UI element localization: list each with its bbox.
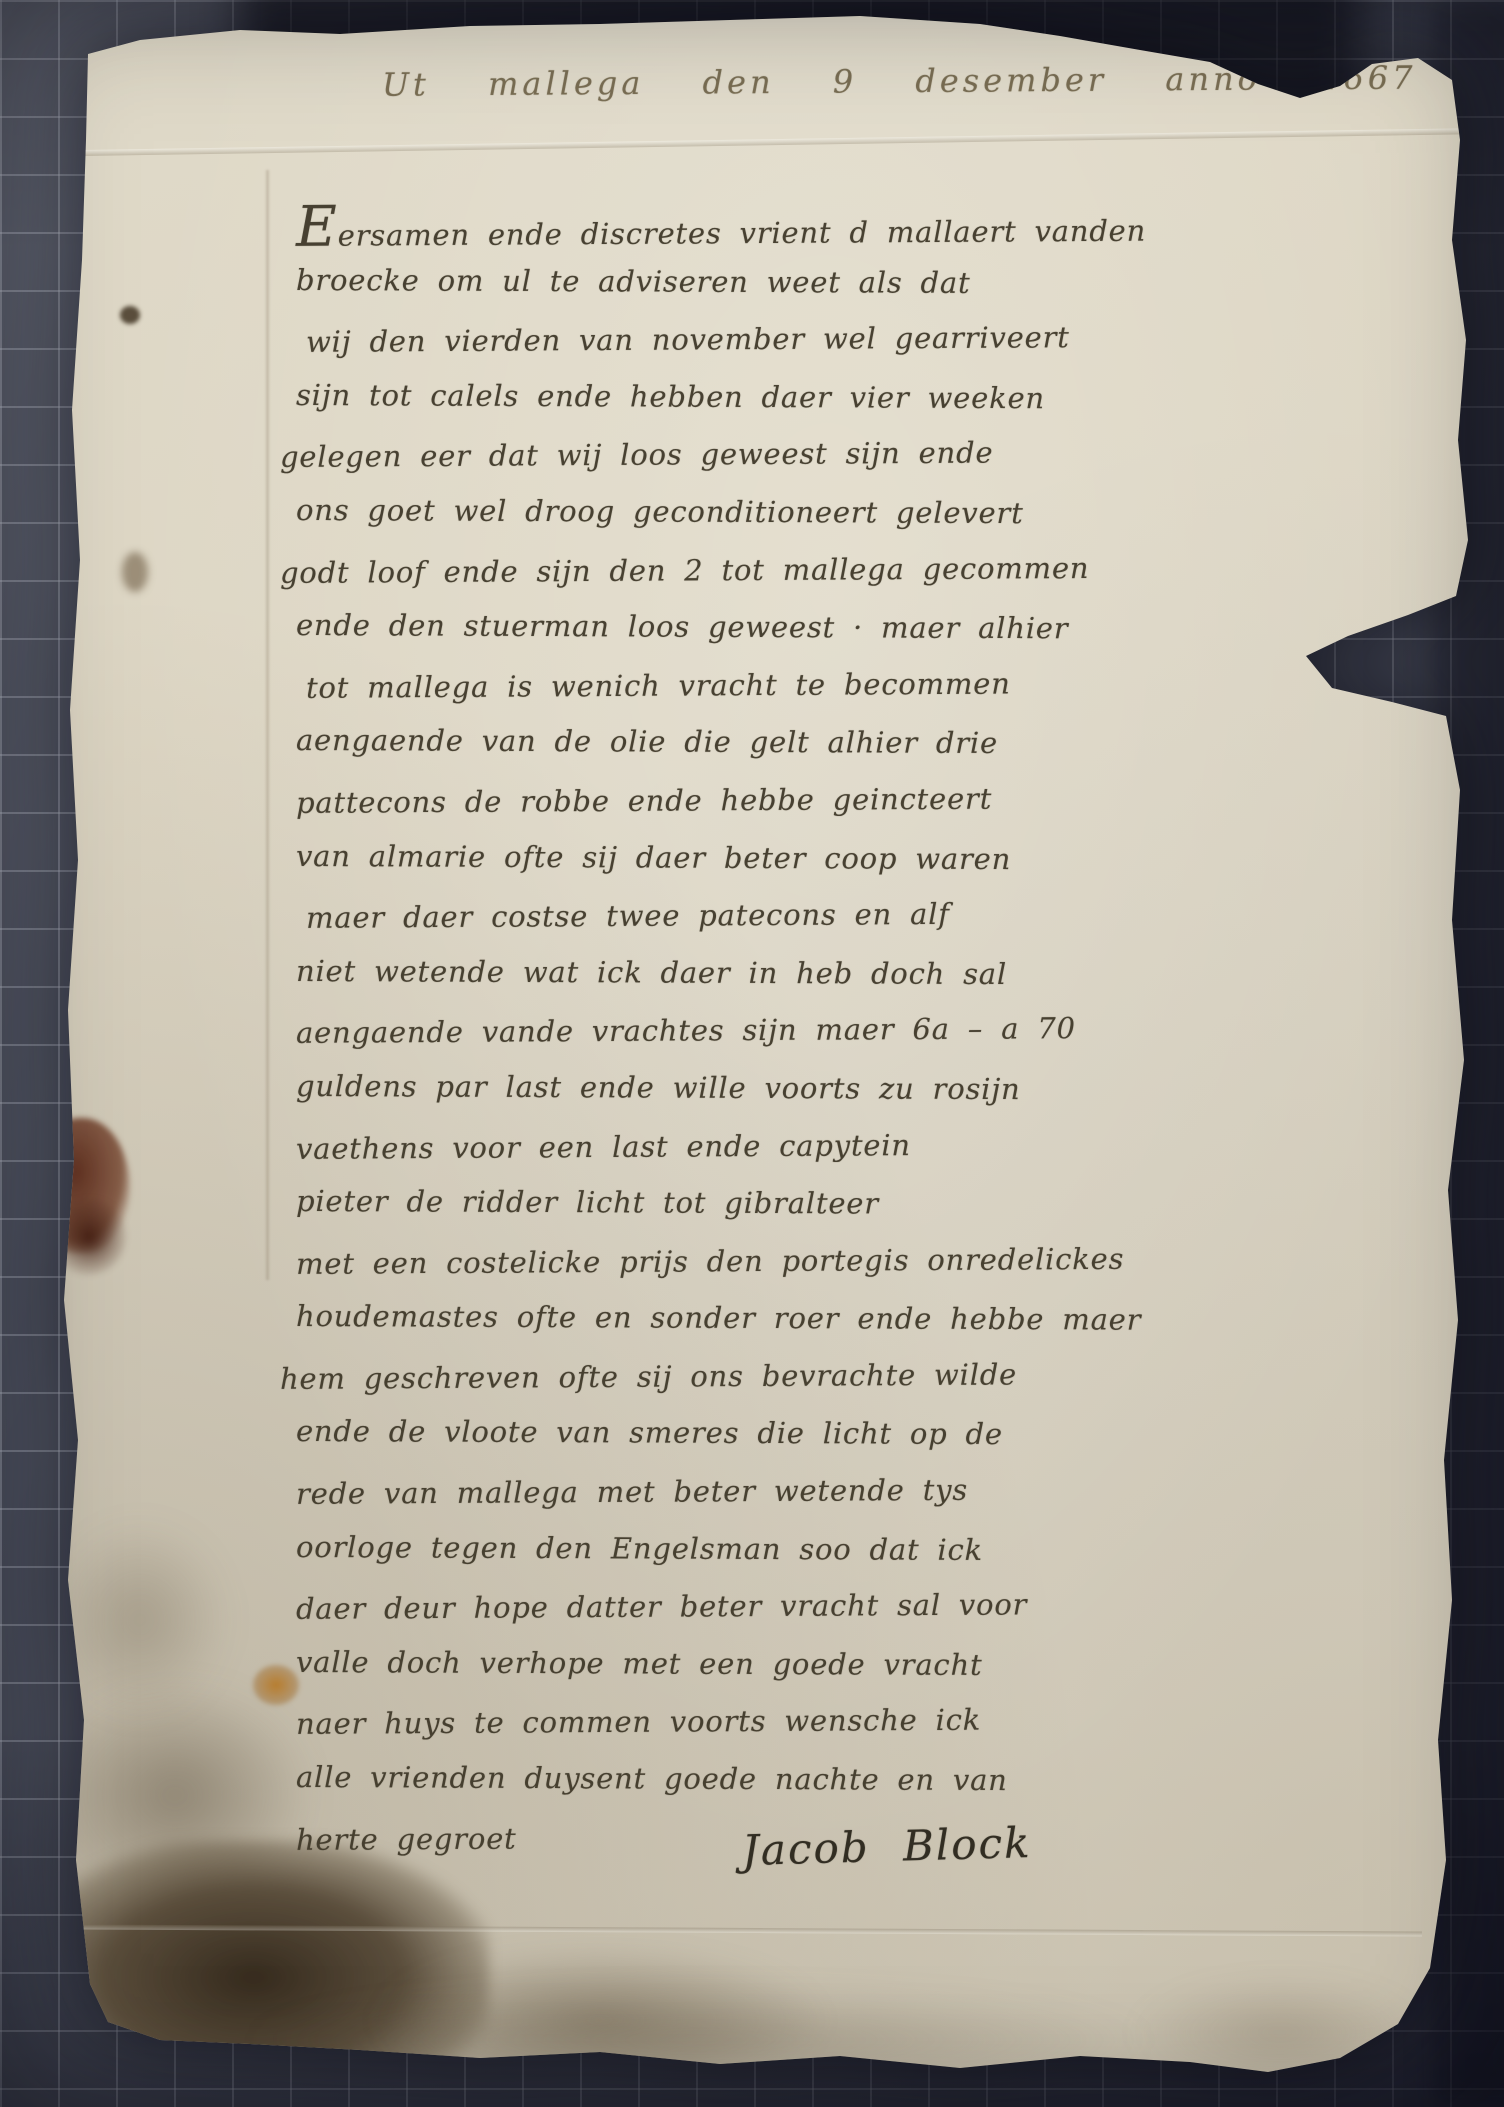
letter-paper: Ut mallega den 9 desember anno 1667 Eers…	[0, 0, 1504, 2107]
body-line: van almarie ofte sij daer beter coop war…	[296, 827, 1236, 889]
body-line: naer huys te commen voorts wensche ick	[296, 1691, 1236, 1754]
stain-bottom-extension	[370, 1945, 830, 2095]
signature: Jacob Block	[741, 1818, 1032, 1875]
letter-paper-wrapper: Ut mallega den 9 desember anno 1667 Eers…	[0, 0, 1504, 2107]
stain-orange-spot	[252, 1664, 300, 1706]
stain-smudge-upper-left	[35, 1680, 315, 1910]
letter-body: Eersamen ende discretes vrient d mallaer…	[296, 196, 1236, 1866]
wax-seal-stain	[40, 1118, 130, 1253]
body-line: broecke om ul te adviseren weet als dat	[296, 252, 1236, 314]
fold-crease-top	[82, 128, 1462, 156]
body-line: ons goet wel droog geconditioneert gelev…	[296, 482, 1236, 544]
body-line: sijn tot calels ende hebben daer vier we…	[296, 367, 1236, 429]
body-line: pieter de ridder licht tot gibralteer	[296, 1173, 1236, 1235]
body-line: oorloge tegen den Engelsman soo dat ick	[296, 1519, 1236, 1581]
fold-crease-vertical	[266, 170, 269, 1280]
body-line: godt loof ende sijn den 2 tot mallega ge…	[280, 539, 1236, 602]
stain-bottom-right	[1130, 1975, 1430, 2090]
body-line: aengaende van de olie die gelt alhier dr…	[296, 712, 1236, 774]
stain-bottom-center	[240, 1985, 1160, 2095]
body-line: houdemastes ofte en sonder roer ende heb…	[296, 1288, 1236, 1350]
fold-crease-bottom	[82, 1924, 1422, 1936]
ink-spot-upper-left	[120, 306, 140, 324]
body-line: ende de vloote van smeres die licht op d…	[296, 1403, 1236, 1465]
body-line: pattecons de robbe ende hebbe geincteert	[296, 769, 1236, 832]
body-line: alle vrienden duysent goede nachte en va…	[296, 1749, 1236, 1811]
body-line: rede van mallega met beter wetende tys	[296, 1460, 1236, 1523]
stain-dark-bottom-left	[60, 1840, 490, 2090]
letter-dateline: Ut mallega den 9 desember anno 1667	[382, 58, 1462, 104]
body-line: met een costelicke prijs den portegis on…	[296, 1230, 1236, 1293]
body-line: vaethens voor een last ende capytein	[296, 1115, 1236, 1178]
body-line: aengaende vande vrachtes sijn maer 6a – …	[296, 999, 1236, 1062]
wax-seal-stain-lower	[52, 1198, 127, 1276]
body-line: guldens par last ende wille voorts zu ro…	[296, 1058, 1236, 1120]
body-line: ende den stuerman loos geweest · maer al…	[296, 597, 1236, 659]
ink-spot-left	[122, 552, 148, 592]
stain-smudge-mid-left	[50, 1520, 230, 1720]
body-line: wij den vierden van november wel gearriv…	[306, 308, 1236, 371]
body-line: gelegen eer dat wij loos geweest sijn en…	[280, 423, 1236, 486]
body-line: niet wetende wat ick daer in heb doch sa…	[296, 943, 1236, 1005]
body-line: maer daer costse twee patecons en alf	[306, 884, 1236, 947]
body-line: daer deur hope datter beter vracht sal v…	[296, 1575, 1236, 1638]
body-line: tot mallega is wenich vracht te becommen	[306, 654, 1236, 717]
body-line: Eersamen ende discretes vrient d mallaer…	[296, 193, 1236, 256]
body-line: hem geschreven ofte sij ons bevrachte wi…	[280, 1345, 1236, 1408]
manuscript-photo: Ut mallega den 9 desember anno 1667 Eers…	[0, 0, 1504, 2107]
body-line: valle doch verhope met een goede vracht	[296, 1634, 1236, 1696]
